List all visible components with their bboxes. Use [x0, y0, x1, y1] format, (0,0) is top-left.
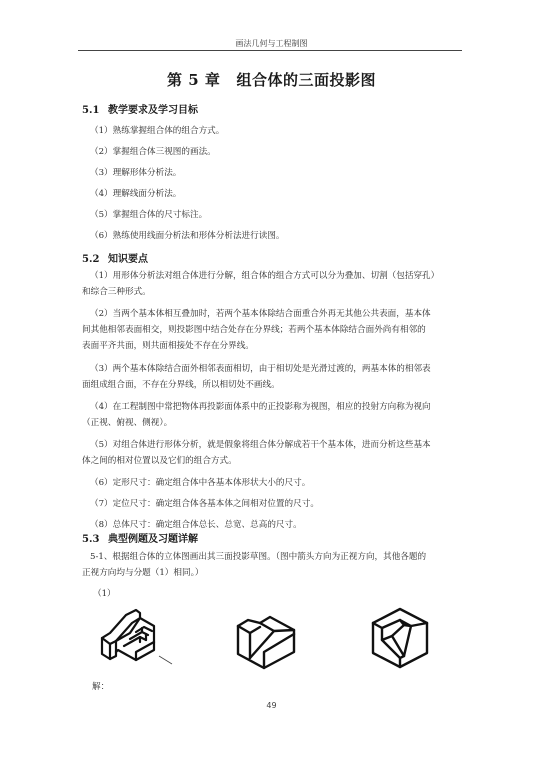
cut-block-figure	[234, 612, 298, 670]
learning-goal-item: （6）熟练使用线面分析法和形体分析法进行读图。	[90, 229, 285, 241]
knowledge-paragraph: （6）定形尺寸：确定组合体中各基本体形状大小的尺寸。	[82, 475, 464, 491]
book-title: 画法几何与工程制图	[0, 38, 543, 49]
knowledge-paragraph: （5）对组合体进行形体分析，就是假象将组合体分解成若干个基本体，进而分析这些基本…	[82, 437, 464, 469]
chapter-name: 组合体的三面投影图	[236, 71, 376, 89]
knowledge-paragraph: （1）用形体分析法对组合体进行分解，组合体的组合方式可以分为叠加、切割（包括穿孔…	[82, 268, 464, 300]
paragraph-line: （6）定形尺寸：确定组合体中各基本体形状大小的尺寸。	[82, 475, 464, 491]
stepped-block-figure	[96, 608, 188, 674]
chapter-number: 第 5 章	[167, 71, 220, 89]
section-number: 5.3	[82, 534, 108, 545]
paragraph-line: （3）两个基本体除结合面外相邻表面相切，由于相切处是光滑过渡的，两基本体的相邻表	[82, 361, 464, 377]
paragraph-line: （7）定位尺寸：确定组合体各基本体之间相对位置的尺寸。	[82, 496, 464, 512]
section-number: 5.1	[82, 105, 108, 116]
hexagonal-block-figure	[368, 606, 432, 670]
learning-goal-item: （3）理解形体分析法。	[90, 166, 181, 178]
learning-goal-item: （4）理解线面分析法。	[90, 187, 181, 199]
paragraph-line: （4）在工程制图中常把物体再投影面体系中的正投影称为视图，相应的投射方向称为视向	[82, 399, 464, 415]
section-number: 5.2	[82, 254, 108, 265]
exercise-prompt: 5-1、根据组合体的立体图画出其三面投影草图。（图中箭头方向为正视方向，其他各题…	[82, 549, 464, 581]
chapter-title: 第 5 章组合体的三面投影图	[0, 69, 543, 90]
learning-goal-item: （2）掌握组合体三视图的画法。	[90, 145, 216, 157]
paragraph-line: （5）对组合体进行形体分析，就是假象将组合体分解成若干个基本体，进而分析这些基本	[82, 437, 464, 453]
paragraph-line: （1）用形体分析法对组合体进行分解，组合体的组合方式可以分为叠加、切割（包括穿孔…	[82, 268, 464, 284]
page-number: 49	[0, 701, 543, 710]
paragraph-line: （2）当两个基本体相互叠加时，若两个基本体除结合面重合外再无其他公共表面，基本体	[82, 306, 464, 322]
paragraph-line: 间其他相邻表面相交，则投影图中结合处存在分界线；若两个基本体除结合面外尚有相邻的	[82, 322, 464, 338]
knowledge-paragraph: （2）当两个基本体相互叠加时，若两个基本体除结合面重合外再无其他公共表面，基本体…	[82, 306, 464, 354]
paragraph-line: 5-1、根据组合体的立体图画出其三面投影草图。（图中箭头方向为正视方向，其他各题…	[82, 549, 464, 565]
paragraph-line: 正视方向均与分题（1）相同。）	[82, 565, 464, 581]
paragraph-line: （正视、俯视、侧视）。	[82, 415, 464, 431]
paragraph-line: 体之间的相对位置以及它们的组合方式。	[82, 453, 464, 469]
section-title: 知识要点	[108, 254, 148, 265]
section-heading-5-2: 5.2知识要点	[82, 250, 148, 265]
header-divider	[78, 50, 462, 51]
sub-question-label: （1）	[93, 587, 116, 599]
paragraph-line: 和综合三种形式。	[82, 284, 464, 300]
learning-goal-item: （1）熟练掌握组合体的组合方式。	[90, 124, 224, 136]
learning-goal-item: （5）掌握组合体的尺寸标注。	[90, 208, 207, 220]
answer-label: 解：	[92, 680, 109, 692]
paragraph-line: 面组成组合面，不存在分界线，所以相切处不画线。	[82, 377, 464, 393]
section-heading-5-3: 5.3典型例题及习题详解	[82, 530, 198, 545]
knowledge-paragraph: （7）定位尺寸：确定组合体各基本体之间相对位置的尺寸。	[82, 496, 464, 512]
view-direction-arrow	[159, 656, 172, 664]
knowledge-paragraph: （3）两个基本体除结合面外相邻表面相切，由于相切处是光滑过渡的，两基本体的相邻表…	[82, 361, 464, 393]
knowledge-paragraph: （4）在工程制图中常把物体再投影面体系中的正投影称为视图，相应的投射方向称为视向…	[82, 399, 464, 431]
section-title: 教学要求及学习目标	[108, 105, 198, 116]
paragraph-line: 表面平齐共面，则共面相接处不存在分界线。	[82, 338, 464, 354]
section-title: 典型例题及习题详解	[108, 534, 198, 545]
section-heading-5-1: 5.1教学要求及学习目标	[82, 101, 198, 116]
